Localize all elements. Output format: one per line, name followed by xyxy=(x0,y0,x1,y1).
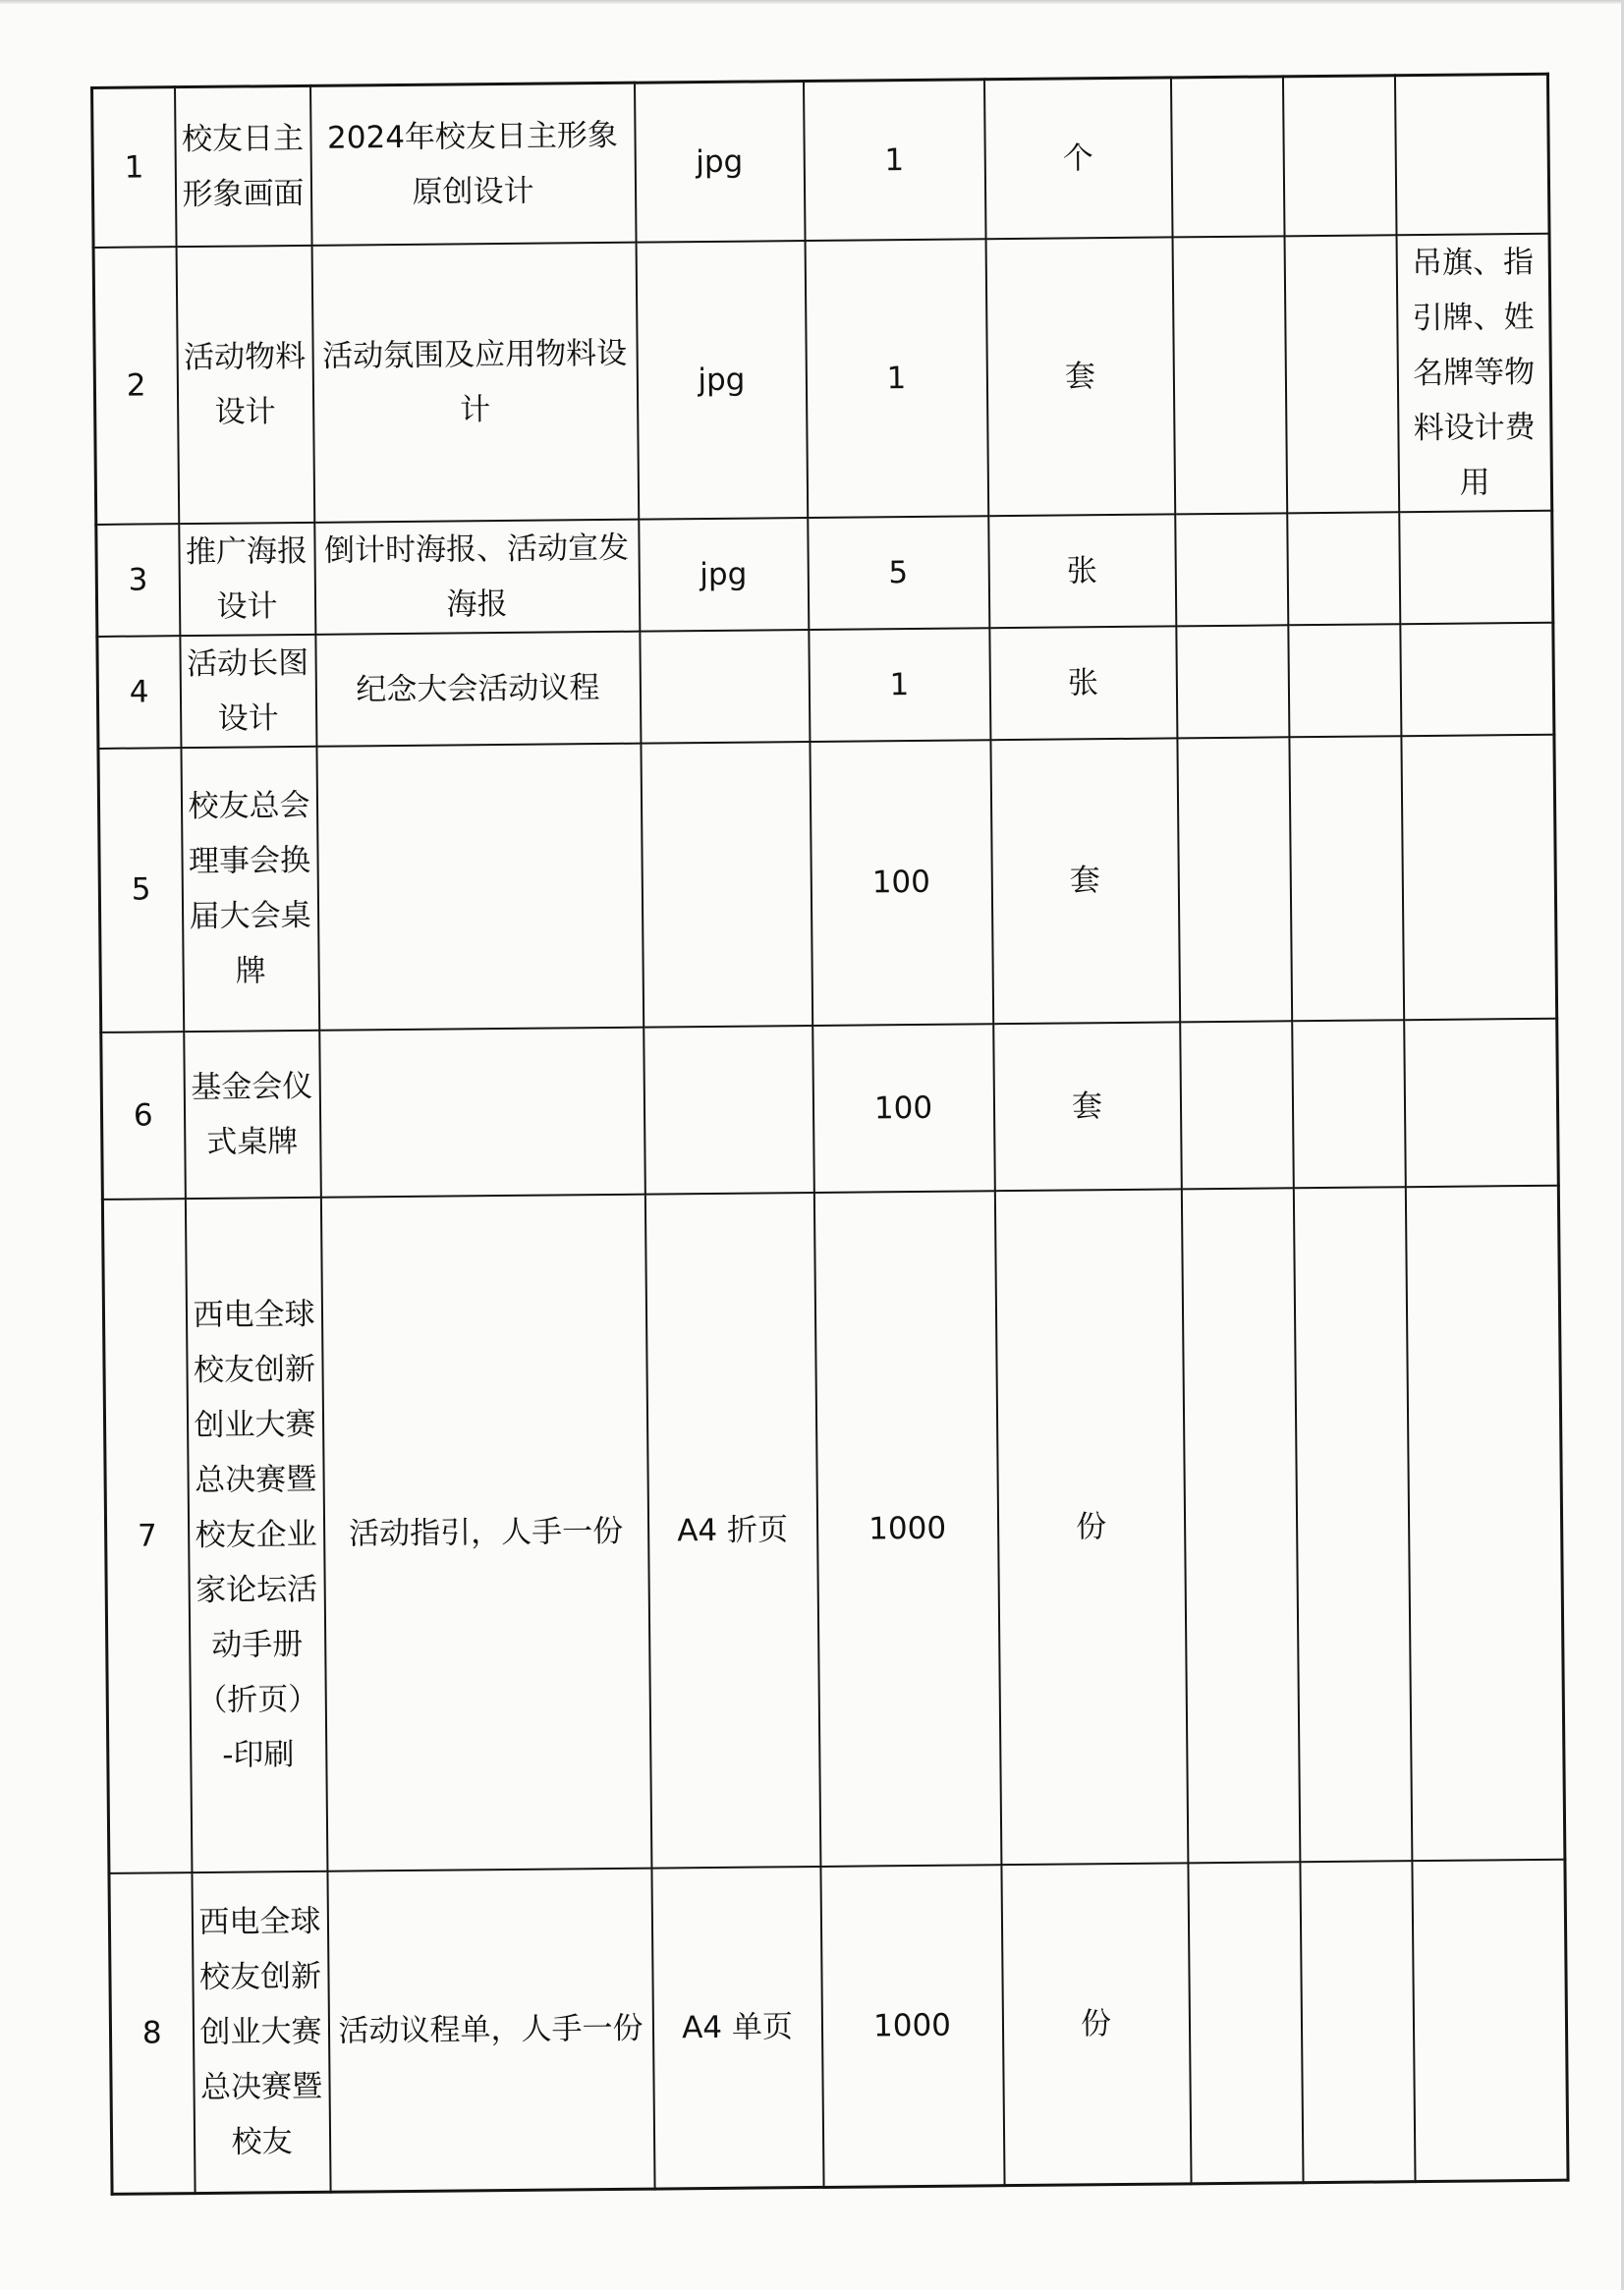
row-number: 5 xyxy=(132,871,151,907)
item-quantity: 1 xyxy=(884,142,904,178)
cell-no: 3 xyxy=(96,524,180,637)
cell-quantity: 1 xyxy=(805,239,988,518)
cell-quantity: 1000 xyxy=(813,1191,1001,1867)
item-name: 校友日主形象画面 xyxy=(182,121,305,212)
cell-item-name: 校友日主形象画面 xyxy=(175,85,312,246)
item-unit: 份 xyxy=(1076,1509,1106,1544)
cell-blank-1 xyxy=(1170,77,1284,237)
cell-blank-1 xyxy=(1188,1862,1303,2184)
row-number: 6 xyxy=(134,1097,153,1133)
cell-content xyxy=(316,743,644,1030)
cell-unit: 个 xyxy=(983,78,1172,239)
cell-unit: 套 xyxy=(993,1022,1182,1191)
table-row: 8 西电全球校友创新创业大赛总决赛暨校友 活动议程单，人手一份 A4 单页 10… xyxy=(109,1859,1568,2194)
cell-format xyxy=(640,630,810,744)
cell-unit: 套 xyxy=(985,237,1175,516)
cell-item-name: 校友总会理事会换届大会桌牌 xyxy=(181,746,319,1031)
table-row: 1 校友日主形象画面 2024年校友日主形象原创设计 jpg 1 个 xyxy=(92,74,1549,247)
cell-blank-2 xyxy=(1284,235,1399,513)
item-note: 吊旗、指引牌、姓名牌等物料设计费用 xyxy=(1412,244,1536,500)
cell-format: jpg xyxy=(636,241,808,520)
cell-unit: 张 xyxy=(988,514,1176,628)
cell-item-name: 西电全球校友创新创业大赛总决赛暨校友 xyxy=(192,1871,330,2193)
item-format: jpg xyxy=(696,143,743,179)
cell-content: 纪念大会活动议程 xyxy=(315,631,641,746)
item-quantity: 1000 xyxy=(873,2007,951,2043)
document-page: 1 校友日主形象画面 2024年校友日主形象原创设计 jpg 1 个 2 活动物… xyxy=(90,73,1570,2196)
cell-note xyxy=(1399,510,1553,623)
item-quantity: 100 xyxy=(872,865,931,901)
cell-unit: 张 xyxy=(989,626,1177,740)
cell-item-name: 活动长图设计 xyxy=(180,634,316,747)
cell-note xyxy=(1412,1859,1568,2181)
item-name: 校友总会理事会换届大会桌牌 xyxy=(188,788,310,989)
cell-note xyxy=(1394,74,1549,234)
cell-blank-1 xyxy=(1180,1021,1294,1189)
cell-quantity: 100 xyxy=(812,1024,995,1193)
row-number: 1 xyxy=(124,149,143,185)
cell-no: 1 xyxy=(92,87,177,248)
cell-item-name: 活动物料设计 xyxy=(176,245,314,523)
row-number: 8 xyxy=(142,2015,162,2050)
cell-note xyxy=(1405,1185,1565,1860)
cell-no: 6 xyxy=(101,1032,186,1200)
table-row: 4 活动长图设计 纪念大会活动议程 1 张 xyxy=(97,622,1554,748)
cell-no: 7 xyxy=(102,1199,192,1873)
cell-blank-1 xyxy=(1172,236,1287,514)
cell-note xyxy=(1401,734,1557,1019)
item-content: 活动指引，人手一份 xyxy=(349,1513,623,1551)
cell-blank-2 xyxy=(1293,1187,1412,1862)
cell-blank-1 xyxy=(1181,1188,1300,1863)
item-name: 基金会仪式桌牌 xyxy=(191,1068,312,1159)
cell-blank-1 xyxy=(1177,737,1292,1022)
cell-no: 4 xyxy=(97,636,181,749)
cell-note: 吊旗、指引牌、姓名牌等物料设计费用 xyxy=(1396,233,1552,511)
item-format: A4 单页 xyxy=(682,2009,793,2045)
cell-format: A4 单页 xyxy=(651,1866,823,2189)
item-quantity: 5 xyxy=(888,555,908,590)
table-row: 3 推广海报设计 倒计时海报、活动宣发海报 jpg 5 张 xyxy=(96,510,1553,636)
item-format: A4 折页 xyxy=(677,1512,788,1548)
row-number: 4 xyxy=(130,674,149,709)
item-unit: 套 xyxy=(1070,863,1100,898)
item-quantity: 1 xyxy=(886,361,906,396)
cell-format: A4 折页 xyxy=(644,1192,820,1868)
item-unit: 套 xyxy=(1065,359,1095,394)
item-content: 2024年校友日主形象原创设计 xyxy=(327,118,618,210)
cell-content: 活动指引，人手一份 xyxy=(320,1194,651,1871)
cell-blank-1 xyxy=(1176,625,1289,738)
cell-quantity: 1 xyxy=(803,80,985,241)
item-unit: 张 xyxy=(1067,553,1097,588)
cell-no: 5 xyxy=(98,748,184,1033)
cell-content: 倒计时海报、活动宣发海报 xyxy=(314,519,640,634)
cell-item-name: 基金会仪式桌牌 xyxy=(184,1030,321,1198)
item-content: 活动氛围及应用物料设计 xyxy=(322,335,627,427)
item-content: 倒计时海报、活动宣发海报 xyxy=(324,530,629,622)
cell-no: 8 xyxy=(109,1872,195,2195)
item-name: 推广海报设计 xyxy=(186,532,308,624)
cell-blank-2 xyxy=(1289,736,1404,1021)
item-unit: 套 xyxy=(1072,1089,1102,1124)
item-unit: 个 xyxy=(1063,140,1093,176)
cell-blank-2 xyxy=(1282,76,1396,236)
cell-format: jpg xyxy=(639,518,809,632)
cell-unit: 份 xyxy=(1001,1863,1191,2186)
table-row: 7 西电全球校友创新创业大赛总决赛暨校友企业家论坛活动手册（折页）-印刷 活动指… xyxy=(102,1185,1565,1872)
item-quantity: 100 xyxy=(874,1089,933,1126)
item-unit: 张 xyxy=(1068,665,1098,700)
table-row: 5 校友总会理事会换届大会桌牌 100 套 xyxy=(98,734,1557,1032)
cell-note xyxy=(1404,1018,1559,1186)
row-number: 3 xyxy=(129,562,148,597)
cell-content: 2024年校友日主形象原创设计 xyxy=(310,83,637,245)
cell-blank-1 xyxy=(1175,513,1288,626)
table-row: 2 活动物料设计 活动氛围及应用物料设计 jpg 1 套 吊旗、指引牌、姓名牌等… xyxy=(93,233,1552,524)
cell-note xyxy=(1400,622,1554,735)
item-quantity: 1000 xyxy=(868,1510,946,1546)
cell-content: 活动氛围及应用物料设计 xyxy=(311,242,639,522)
item-name: 活动物料设计 xyxy=(184,338,306,429)
item-content: 活动议程单，人手一份 xyxy=(338,2010,643,2048)
item-table: 1 校友日主形象画面 2024年校友日主形象原创设计 jpg 1 个 2 活动物… xyxy=(90,73,1570,2196)
cell-content: 活动议程单，人手一份 xyxy=(327,1868,654,2192)
cell-blank-2 xyxy=(1300,1861,1415,2183)
item-quantity: 1 xyxy=(889,667,909,702)
cell-unit: 份 xyxy=(994,1189,1188,1865)
cell-item-name: 推广海报设计 xyxy=(179,522,315,635)
cell-content xyxy=(319,1027,645,1197)
cell-blank-2 xyxy=(1287,512,1400,625)
cell-no: 2 xyxy=(93,247,179,525)
item-content: 纪念大会活动议程 xyxy=(356,670,599,707)
item-format: jpg xyxy=(698,362,745,397)
cell-blank-2 xyxy=(1288,624,1401,737)
item-name: 西电全球校友创新创业大赛总决赛暨校友 xyxy=(198,1904,322,2160)
scan-top-edge xyxy=(0,0,1624,4)
cell-format xyxy=(644,1025,814,1194)
row-number: 7 xyxy=(138,1518,157,1553)
row-number: 2 xyxy=(127,367,146,403)
table-row: 6 基金会仪式桌牌 100 套 xyxy=(101,1018,1559,1199)
cell-quantity: 1000 xyxy=(820,1865,1004,2188)
item-unit: 份 xyxy=(1081,2006,1111,2041)
cell-quantity: 100 xyxy=(810,740,993,1026)
cell-quantity: 5 xyxy=(808,516,989,630)
cell-format: jpg xyxy=(634,82,805,243)
item-name: 西电全球校友创新创业大赛总决赛暨校友企业家论坛活动手册（折页）-印刷 xyxy=(193,1296,318,1772)
cell-format xyxy=(641,742,812,1028)
cell-unit: 套 xyxy=(990,738,1180,1024)
cell-blank-2 xyxy=(1292,1020,1406,1188)
cell-item-name: 西电全球校友创新创业大赛总决赛暨校友企业家论坛活动手册（折页）-印刷 xyxy=(185,1197,327,1871)
item-name: 活动长图设计 xyxy=(187,644,308,736)
item-format: jpg xyxy=(700,556,747,591)
cell-quantity: 1 xyxy=(809,628,990,742)
